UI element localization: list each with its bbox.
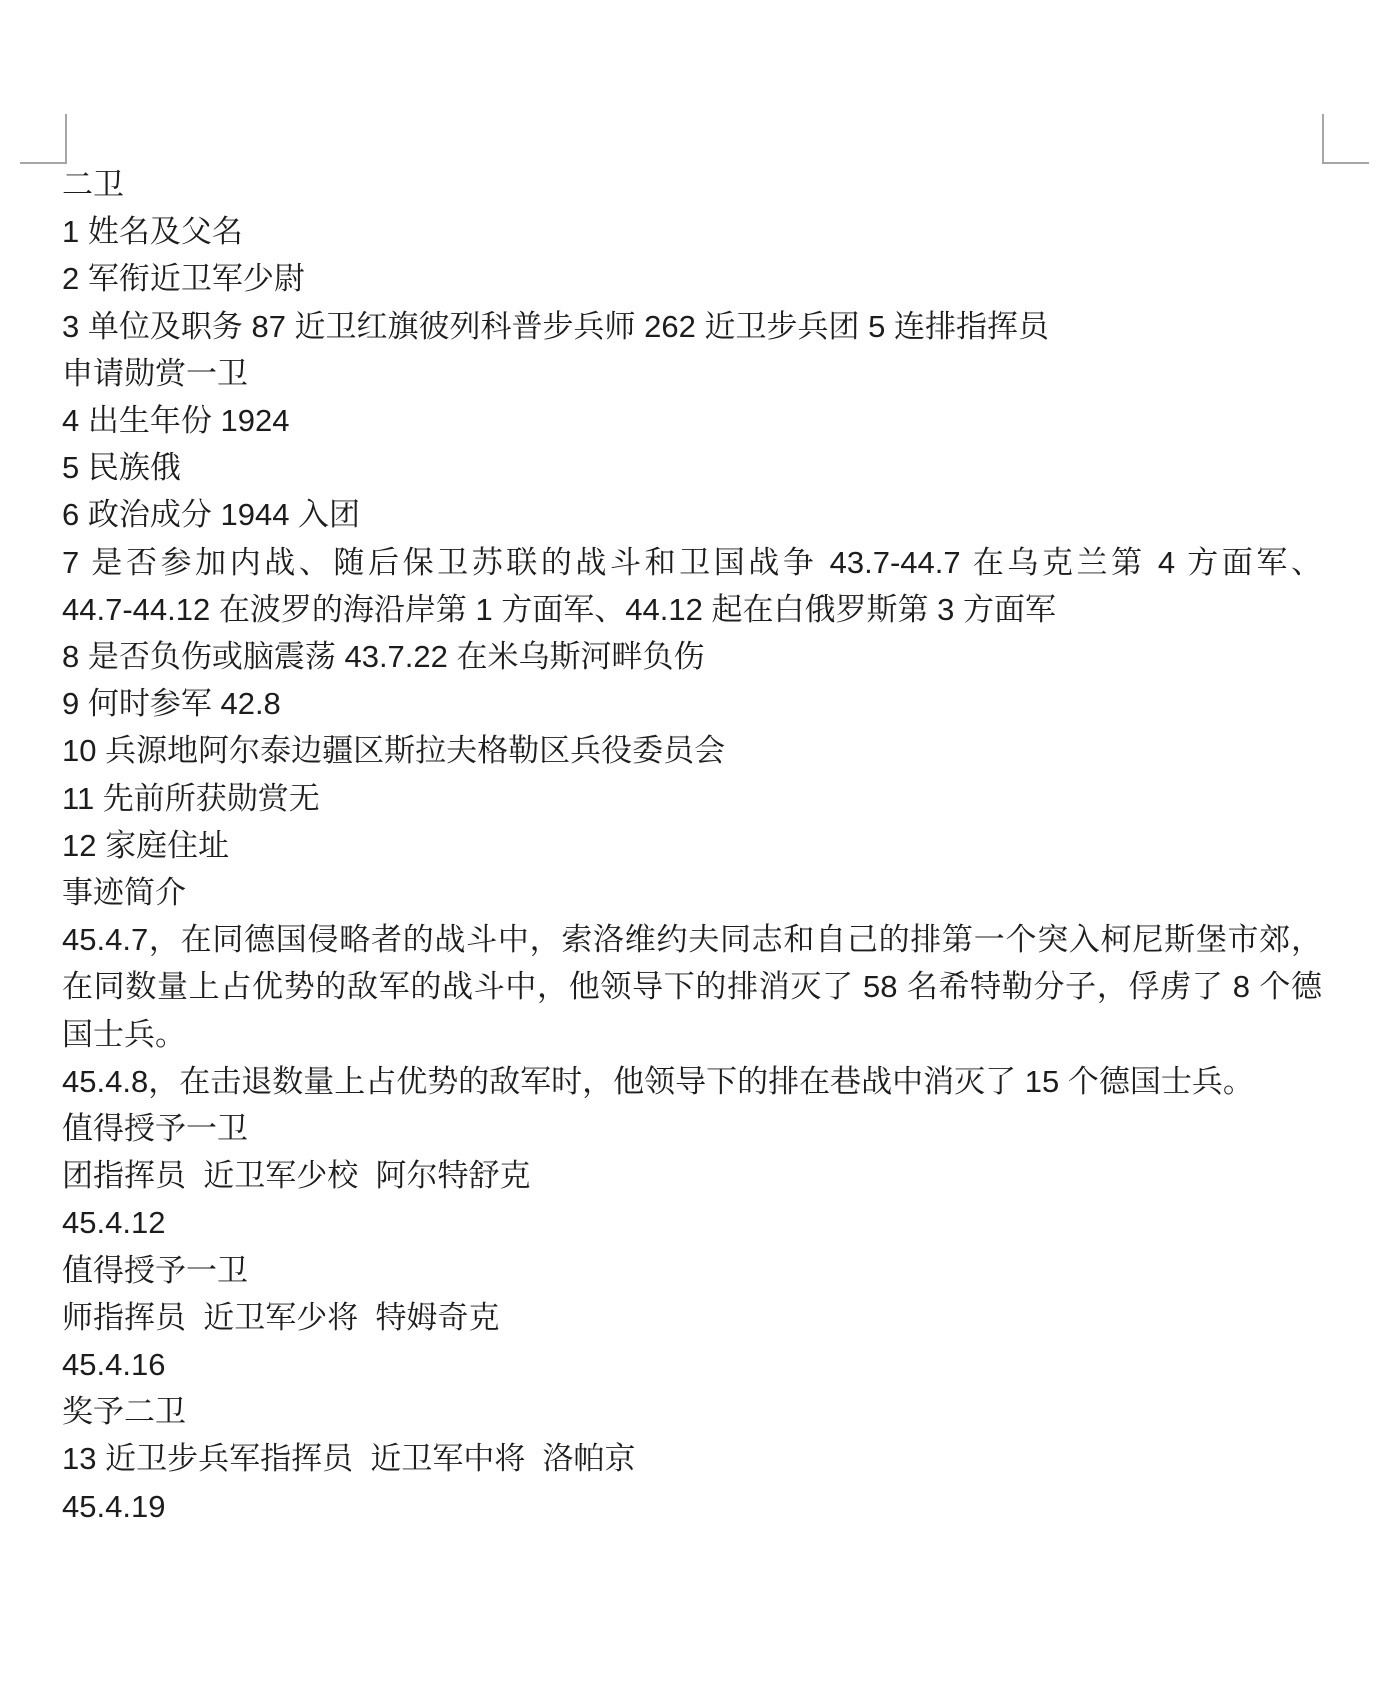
text-line[interactable]: 3 单位及职务 87 近卫红旗彼列科普步兵师 262 近卫步兵团 5 连排指挥员 <box>62 303 1322 350</box>
text-line[interactable]: 7 是否参加内战、随后保卫苏联的战斗和卫国战争 43.7-44.7 在乌克兰第 … <box>62 539 1322 586</box>
text-line[interactable]: 二卫 <box>62 161 1322 208</box>
text-line[interactable]: 事迹简介 <box>62 869 1322 916</box>
margin-corner-top-right-icon <box>1322 114 1369 164</box>
text-line[interactable]: 在同数量上占优势的敌军的战斗中，他领导下的排消灭了 58 名希特勒分子，俘虏了 … <box>62 963 1322 1010</box>
document-page[interactable]: 二卫1 姓名及父名2 军衔近卫军少尉3 单位及职务 87 近卫红旗彼列科普步兵师… <box>0 0 1400 1681</box>
text-line[interactable]: 45.4.8，在击退数量上占优势的敌军时，他领导下的排在巷战中消灭了 15 个德… <box>62 1058 1322 1105</box>
text-line[interactable]: 45.4.19 <box>62 1483 1322 1530</box>
text-line[interactable]: 8 是否负伤或脑震荡 43.7.22 在米乌斯河畔负伤 <box>62 633 1322 680</box>
text-line[interactable]: 值得授予一卫 <box>62 1105 1322 1152</box>
text-line[interactable]: 11 先前所获勋赏无 <box>62 775 1322 822</box>
text-line[interactable]: 4 出生年份 1924 <box>62 397 1322 444</box>
text-line[interactable]: 44.7-44.12 在波罗的海沿岸第 1 方面军、44.12 起在白俄罗斯第 … <box>62 586 1322 633</box>
text-line[interactable]: 45.4.12 <box>62 1199 1322 1246</box>
text-line[interactable]: 6 政治成分 1944 入团 <box>62 491 1322 538</box>
text-line[interactable]: 师指挥员 近卫军少将 特姆奇克 <box>62 1294 1322 1341</box>
text-line[interactable]: 13 近卫步兵军指挥员 近卫军中将 洛帕京 <box>62 1435 1322 1482</box>
text-line[interactable]: 45.4.7，在同德国侵略者的战斗中，索洛维约夫同志和自己的排第一个突入柯尼斯堡… <box>62 916 1322 963</box>
text-line[interactable]: 团指挥员 近卫军少校 阿尔特舒克 <box>62 1152 1322 1199</box>
text-line[interactable]: 45.4.16 <box>62 1341 1322 1388</box>
text-line[interactable]: 申请勋赏一卫 <box>62 350 1322 397</box>
page-text[interactable]: 二卫1 姓名及父名2 军衔近卫军少尉3 单位及职务 87 近卫红旗彼列科普步兵师… <box>62 161 1322 1530</box>
text-line[interactable]: 12 家庭住址 <box>62 822 1322 869</box>
text-line[interactable]: 国士兵。 <box>62 1011 1322 1058</box>
text-line[interactable]: 10 兵源地阿尔泰边疆区斯拉夫格勒区兵役委员会 <box>62 727 1322 774</box>
text-line[interactable]: 2 军衔近卫军少尉 <box>62 255 1322 302</box>
text-line[interactable]: 1 姓名及父名 <box>62 208 1322 255</box>
margin-corner-top-left-icon <box>20 114 67 164</box>
text-line[interactable]: 5 民族俄 <box>62 444 1322 491</box>
text-line[interactable]: 奖予二卫 <box>62 1388 1322 1435</box>
text-line[interactable]: 值得授予一卫 <box>62 1247 1322 1294</box>
text-line[interactable]: 9 何时参军 42.8 <box>62 680 1322 727</box>
